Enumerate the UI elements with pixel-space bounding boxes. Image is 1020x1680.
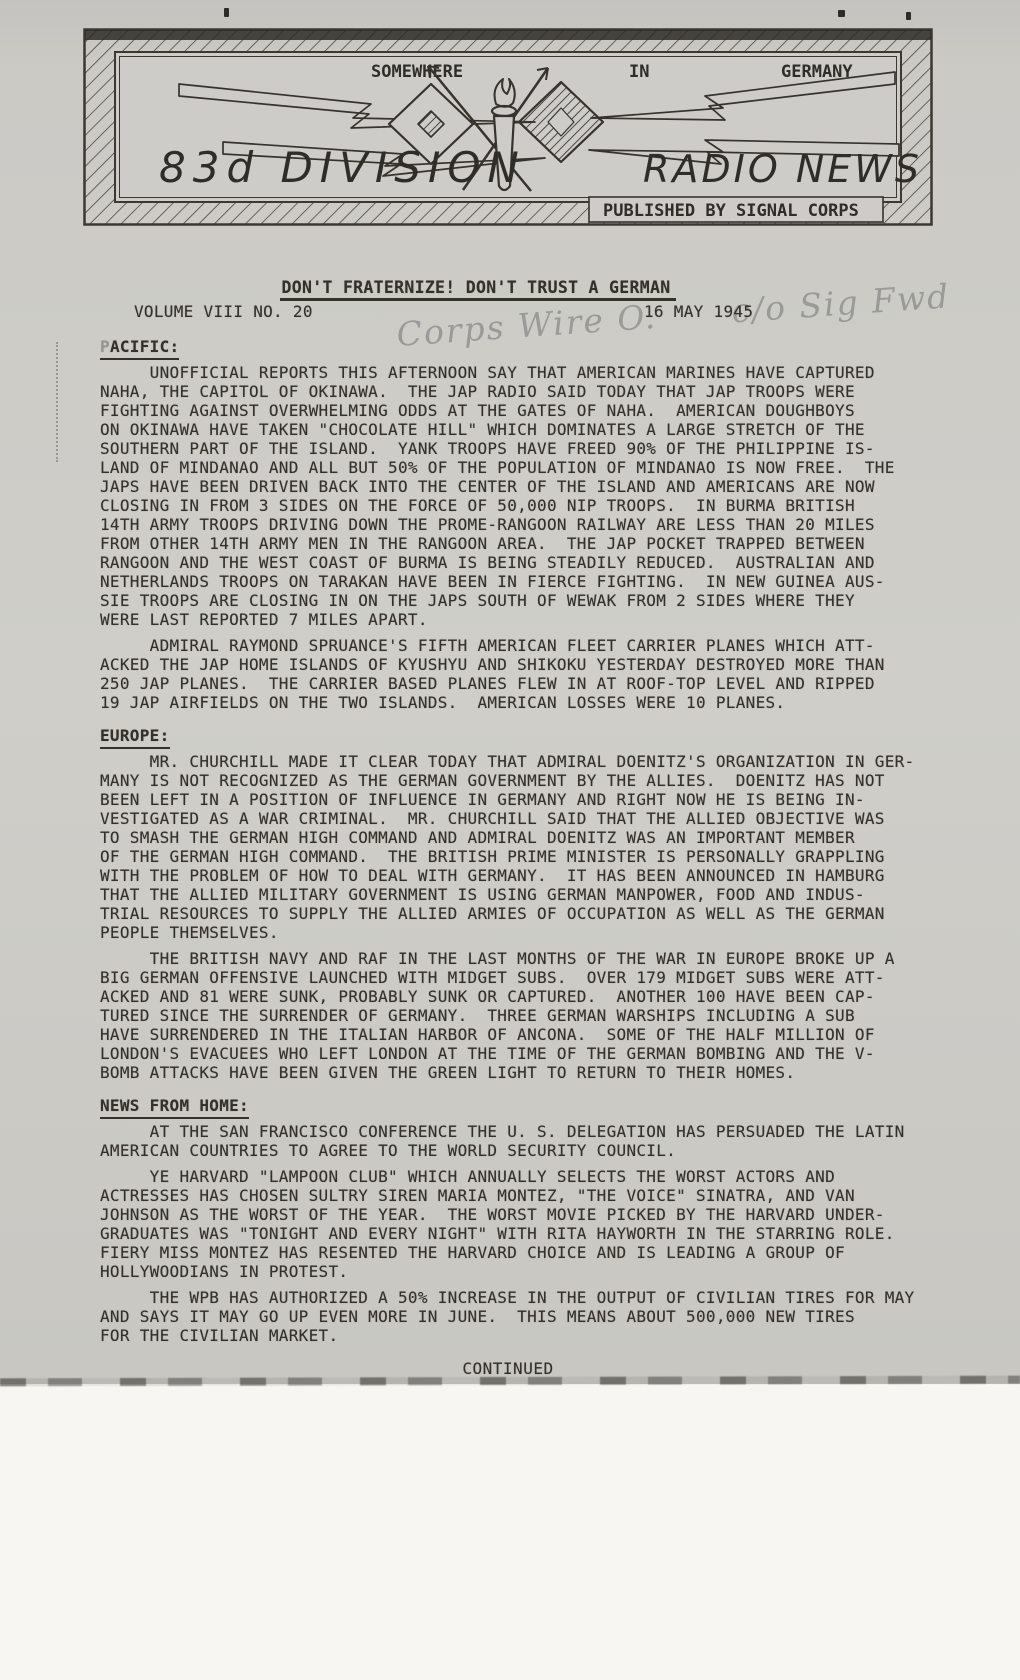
paragraph: THE BRITISH NAVY AND RAF IN THE LAST MON… [100, 949, 916, 1082]
text-line: THE BRITISH NAVY AND RAF IN THE LAST MON… [100, 949, 916, 968]
text-line: AT THE SAN FRANCISCO CONFERENCE THE U. S… [100, 1122, 916, 1141]
text-line: ON OKINAWA HAVE TAKEN "CHOCOLATE HILL" W… [100, 420, 916, 439]
text-line: LONDON'S EVACUEES WHO LEFT LONDON AT THE… [100, 1044, 916, 1063]
issue-date: 16 MAY 1945 [644, 302, 753, 321]
text-line: BIG GERMAN OFFENSIVE LAUNCHED WITH MIDGE… [100, 968, 916, 987]
text-line: HAVE SURRENDERED IN THE ITALIAN HARBOR O… [100, 1025, 916, 1044]
ink-speckle [224, 8, 229, 17]
location-word-in: IN [629, 62, 649, 82]
text-line: ACTRESSES HAS CHOSEN SULTRY SIREN MARIA … [100, 1186, 916, 1205]
text-line: AND SAYS IT MAY GO UP EVEN MORE IN JUNE.… [100, 1307, 916, 1326]
news-section: NEWS FROM HOME: AT THE SAN FRANCISCO CON… [100, 1096, 916, 1345]
publisher-banner: PUBLISHED BY SIGNAL CORPS [589, 197, 883, 222]
text-line: CLOSING IN FROM 3 SIDES ON THE FORCE OF … [100, 496, 916, 515]
margin-pen-marks [56, 342, 58, 462]
text-line: ADMIRAL RAYMOND SPRUANCE'S FIFTH AMERICA… [100, 636, 916, 655]
text-line: 14TH ARMY TROOPS DRIVING DOWN THE PROME-… [100, 515, 916, 534]
text-line: GRADUATES WAS "TONIGHT AND EVERY NIGHT" … [100, 1224, 916, 1243]
text-line: THE WPB HAS AUTHORIZED A 50% INCREASE IN… [100, 1288, 916, 1307]
ink-speckle [838, 10, 845, 17]
text-line: UNOFFICIAL REPORTS THIS AFTERNOON SAY TH… [100, 363, 916, 382]
section-heading: NEWS FROM HOME: [100, 1096, 916, 1119]
sections: PACIFIC: UNOFFICIAL REPORTS THIS AFTERNO… [100, 337, 916, 1345]
text-line: PEOPLE THEMSELVES. [100, 923, 916, 942]
paragraph: AT THE SAN FRANCISCO CONFERENCE THE U. S… [100, 1122, 916, 1160]
section-heading: PACIFIC: [100, 337, 916, 360]
text-line: FIGHTING AGAINST OVERWHELMING ODDS AT TH… [100, 401, 916, 420]
text-line: LAND OF MINDANAO AND ALL BUT 50% OF THE … [100, 458, 916, 477]
paragraph: MR. CHURCHILL MADE IT CLEAR TODAY THAT A… [100, 752, 916, 942]
masthead-title-right: RADIO NEWS [643, 147, 922, 191]
text-line: MANY IS NOT RECOGNIZED AS THE GERMAN GOV… [100, 771, 916, 790]
text-line: SOUTHERN PART OF THE ISLAND. YANK TROOPS… [100, 439, 916, 458]
text-line: BOMB ATTACKS HAVE BEEN GIVEN THE GREEN L… [100, 1063, 916, 1082]
text-line: JOHNSON AS THE WORST OF THE YEAR. THE WO… [100, 1205, 916, 1224]
text-line: WITH THE PROBLEM OF HOW TO DEAL WITH GER… [100, 866, 916, 885]
news-section: PACIFIC: UNOFFICIAL REPORTS THIS AFTERNO… [100, 337, 916, 712]
text-line: YE HARVARD "LAMPOON CLUB" WHICH ANNUALLY… [100, 1167, 916, 1186]
text-line: SIE TROOPS ARE CLOSING IN ON THE JAPS SO… [100, 591, 916, 610]
slogan-row: DON'T FRATERNIZE! DON'T TRUST A GERMAN [100, 278, 916, 300]
text-line: 250 JAP PLANES. THE CARRIER BASED PLANES… [100, 674, 916, 693]
text-line: NETHERLANDS TROOPS ON TARAKAN HAVE BEEN … [100, 572, 916, 591]
text-line: TO SMASH THE GERMAN HIGH COMMAND AND ADM… [100, 828, 916, 847]
paragraph: THE WPB HAS AUTHORIZED A 50% INCREASE IN… [100, 1288, 916, 1345]
text-line: AMERICAN COUNTRIES TO AGREE TO THE WORLD… [100, 1141, 916, 1160]
text-line: BEEN LEFT IN A POSITION OF INFLUENCE IN … [100, 790, 916, 809]
volume-date-row: VOLUME VIII NO. 20 16 MAY 1945 [100, 302, 916, 323]
text-line: RANGOON AND THE WEST COAST OF BURMA IS B… [100, 553, 916, 572]
publisher-text: PUBLISHED BY SIGNAL CORPS [603, 201, 859, 221]
masthead-drawing: SOMEWHERE IN GERMANY [83, 28, 933, 226]
text-line: FROM OTHER 14TH ARMY MEN IN THE RANGOON … [100, 534, 916, 553]
location-word-somewhere: SOMEWHERE [371, 62, 463, 82]
section-heading: EUROPE: [100, 726, 916, 749]
text-line: OF THE GERMAN HIGH COMMAND. THE BRITISH … [100, 847, 916, 866]
text-line: WERE LAST REPORTED 7 MILES APART. [100, 610, 916, 629]
scanned-newsletter-page: SOMEWHERE IN GERMANY [0, 0, 1020, 1680]
volume-number: VOLUME VIII NO. 20 [134, 302, 313, 321]
text-line: ACKED THE JAP HOME ISLANDS OF KYUSHYU AN… [100, 655, 916, 674]
text-line: HOLLYWOODIANS IN PROTEST. [100, 1262, 916, 1281]
text-line: THAT THE ALLIED MILITARY GOVERNMENT IS U… [100, 885, 916, 904]
paragraph: UNOFFICIAL REPORTS THIS AFTERNOON SAY TH… [100, 363, 916, 629]
text-line: FIERY MISS MONTEZ HAS RESENTED THE HARVA… [100, 1243, 916, 1262]
text-line: ACKED AND 81 WERE SUNK, PROBABLY SUNK OR… [100, 987, 916, 1006]
text-line: TURED SINCE THE SURRENDER OF GERMANY. TH… [100, 1006, 916, 1025]
masthead-title-left: 83d DIVISION [159, 143, 526, 192]
text-line: FOR THE CIVILIAN MARKET. [100, 1326, 916, 1345]
ink-speckle [906, 12, 911, 20]
text-line: JAPS HAVE BEEN DRIVEN BACK INTO THE CENT… [100, 477, 916, 496]
text-line: VESTIGATED AS A WAR CRIMINAL. MR. CHURCH… [100, 809, 916, 828]
text-line: NAHA, THE CAPITOL OF OKINAWA. THE JAP RA… [100, 382, 916, 401]
paragraph: YE HARVARD "LAMPOON CLUB" WHICH ANNUALLY… [100, 1167, 916, 1281]
continued-label: CONTINUED [100, 1359, 916, 1378]
text-line: MR. CHURCHILL MADE IT CLEAR TODAY THAT A… [100, 752, 916, 771]
text-line: 19 JAP AIRFIELDS ON THE TWO ISLANDS. AME… [100, 693, 916, 712]
masthead: SOMEWHERE IN GERMANY [83, 28, 933, 230]
paragraph: ADMIRAL RAYMOND SPRUANCE'S FIFTH AMERICA… [100, 636, 916, 712]
news-section: EUROPE: MR. CHURCHILL MADE IT CLEAR TODA… [100, 726, 916, 1082]
document-body: Corps Wire O. c/o Sig Fwd DON'T FRATERNI… [100, 278, 916, 1378]
slogan: DON'T FRATERNIZE! DON'T TRUST A GERMAN [280, 278, 677, 301]
text-line: TRIAL RESOURCES TO SUPPLY THE ALLIED ARM… [100, 904, 916, 923]
